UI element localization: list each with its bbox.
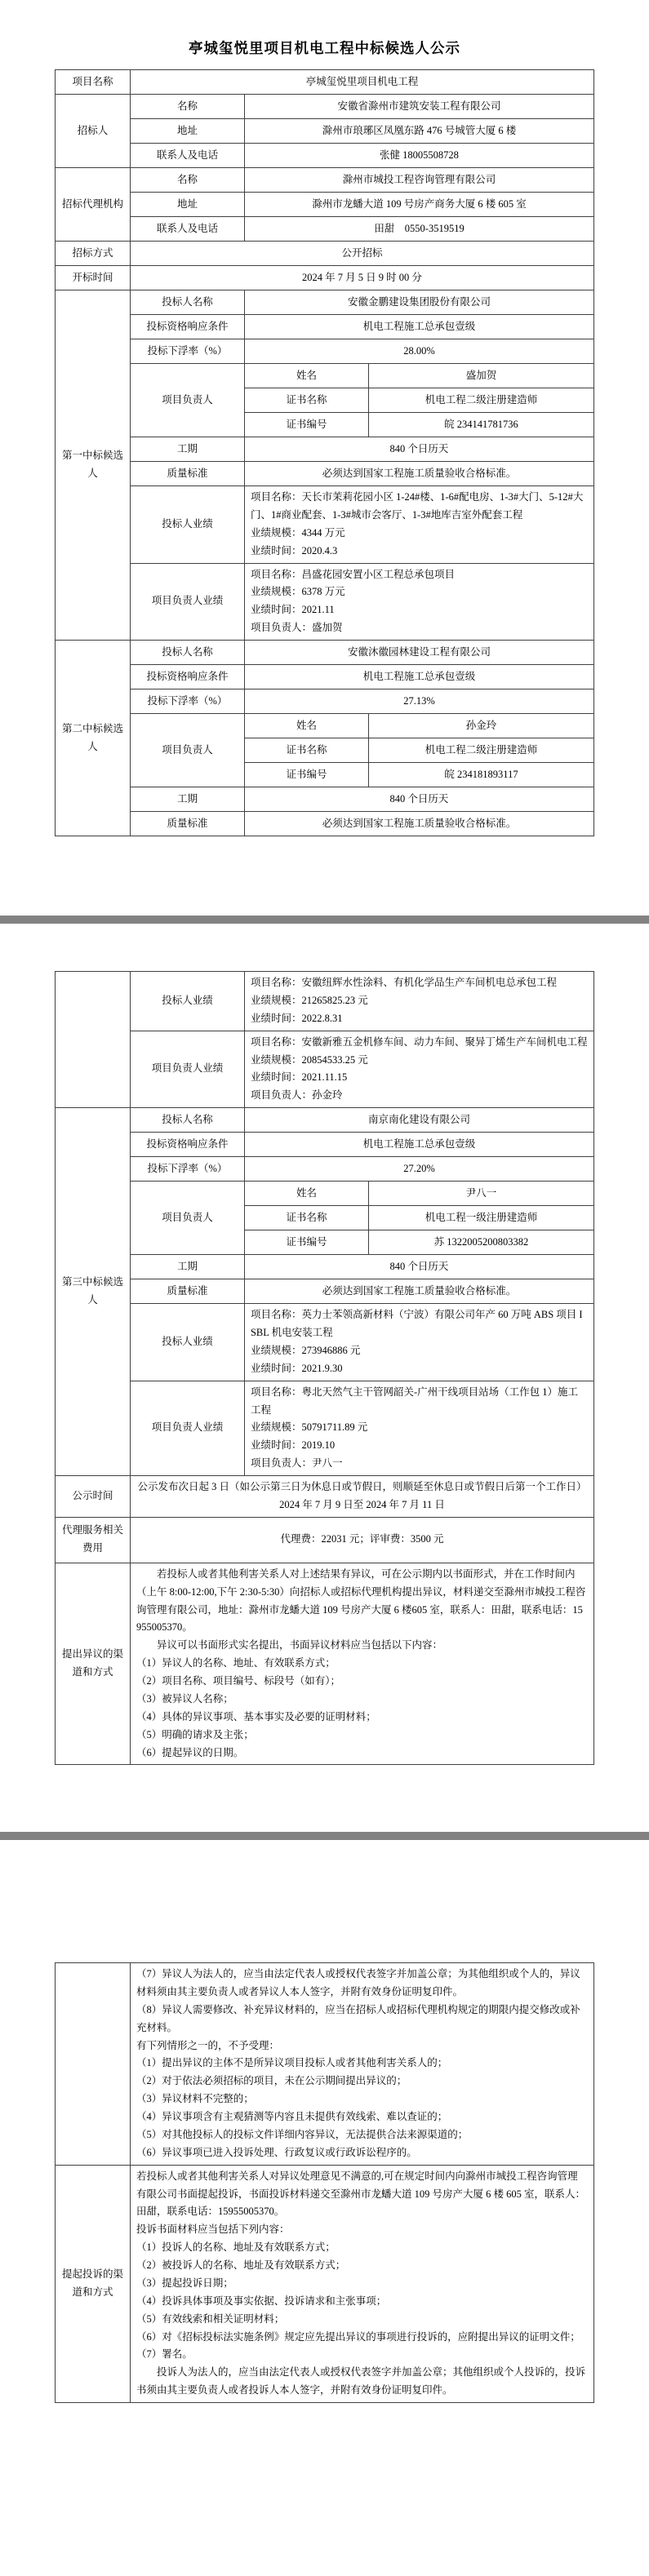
c2-pm-perf-label: 项目负责人业绩 bbox=[130, 1031, 244, 1108]
row-tenderee-name: 招标人 名称 安徽省滁州市建筑安装工程有限公司 bbox=[55, 95, 593, 119]
c1-qual-value: 机电工程施工总承包壹级 bbox=[244, 315, 593, 339]
row-tenderee-contact: 联系人及电话 张健 18005508728 bbox=[55, 144, 593, 168]
row-project-name: 项目名称 亭城玺悦里项目机电工程 bbox=[55, 70, 593, 95]
objection-label-continued bbox=[55, 1963, 130, 2166]
objection-label: 提出异议的渠道和方式 bbox=[55, 1563, 130, 1765]
c3-cert-name-value: 机电工程一级注册建造师 bbox=[368, 1206, 593, 1230]
method-label: 招标方式 bbox=[55, 242, 130, 266]
row-c1-pm-perf: 项目负责人业绩 项目名称：昌盛花园安置小区工程总承包项目 业绩规模：6378 万… bbox=[55, 563, 593, 641]
c1-rate-value: 28.00% bbox=[244, 339, 593, 364]
method-value: 公开招标 bbox=[130, 242, 593, 266]
announcement-table-page2: 投标人业绩 项目名称：安徽纽辉水性涂料、有机化学品生产车间机电总承包工程 业绩规… bbox=[55, 971, 594, 1765]
tenderee-name-label: 名称 bbox=[130, 95, 244, 119]
c1-cert-no-label: 证书编号 bbox=[244, 413, 368, 437]
row-method: 招标方式 公开招标 bbox=[55, 242, 593, 266]
c2-quality-label: 质量标准 bbox=[130, 812, 244, 836]
row-complaint: 提起投诉的渠道和方式 若投标人或者其他利害关系人对异议处理意见不满意的,可在规定… bbox=[55, 2165, 593, 2402]
c1-quality-label: 质量标准 bbox=[130, 462, 244, 486]
c1-duration-value: 840 个日历天 bbox=[244, 437, 593, 462]
row-c2-bidder-perf: 投标人业绩 项目名称：安徽纽辉水性涂料、有机化学品生产车间机电总承包工程 业绩规… bbox=[55, 972, 593, 1031]
row-c3-bidder-perf: 投标人业绩 项目名称：英力士苯领高新材料（宁波）有限公司年产 60 万吨 ABS… bbox=[55, 1304, 593, 1381]
page-separator-2 bbox=[0, 1832, 649, 1840]
row-c3-quality: 质量标准 必须达到国家工程施工质量验收合格标准。 bbox=[55, 1279, 593, 1304]
announcement-table-page1: 项目名称 亭城玺悦里项目机电工程 招标人 名称 安徽省滁州市建筑安装工程有限公司… bbox=[55, 69, 594, 836]
objection-text-part2: （7）异议人为法人的，应当由法定代表人或授权代表签字并加盖公章；为其他组织或个人… bbox=[130, 1963, 593, 2166]
page-3: （7）异议人为法人的，应当由法定代表人或授权代表签字并加盖公章；为其他组织或个人… bbox=[0, 1840, 649, 2576]
fee-label: 代理服务相关费用 bbox=[55, 1517, 130, 1563]
c3-qual-value: 机电工程施工总承包壹级 bbox=[244, 1133, 593, 1157]
c3-bidder-perf-value: 项目名称：英力士苯领高新材料（宁波）有限公司年产 60 万吨 ABS 项目 IS… bbox=[244, 1304, 593, 1381]
c2-bidder-value: 安徽沐徽园林建设工程有限公司 bbox=[244, 641, 593, 665]
candidate3-label: 第三中标候选人 bbox=[55, 1108, 130, 1476]
c1-pm-perf-value: 项目名称：昌盛花园安置小区工程总承包项目 业绩规模：6378 万元 业绩时间：2… bbox=[244, 563, 593, 641]
c2-cert-name-value: 机电工程二级注册建造师 bbox=[368, 738, 593, 763]
c3-pm-perf-value: 项目名称：粤北天然气主干管网韶关-广州干线项目站场（工作包 1）施工工程 业绩规… bbox=[244, 1381, 593, 1475]
row-c1-bidder: 第一中标候选人 投标人名称 安徽金鹏建设集团股份有限公司 bbox=[55, 290, 593, 315]
c3-cert-no-label: 证书编号 bbox=[244, 1230, 368, 1255]
c2-qual-value: 机电工程施工总承包壹级 bbox=[244, 665, 593, 689]
open-time-label: 开标时间 bbox=[55, 266, 130, 290]
c2-cert-name-label: 证书名称 bbox=[244, 738, 368, 763]
row-publicity: 公示时间 公示发布次日起 3 日（如公示第三日为休息日或节假日，则顺延至休息日或… bbox=[55, 1476, 593, 1518]
doc-title: 亭城玺悦里项目机电工程中标候选人公示 bbox=[0, 38, 649, 58]
row-fee: 代理服务相关费用 代理费：22031 元；评审费：3500 元 bbox=[55, 1517, 593, 1563]
candidate2-label-continued bbox=[55, 972, 130, 1108]
c2-qual-label: 投标资格响应条件 bbox=[130, 665, 244, 689]
c2-rate-label: 投标下浮率（%） bbox=[130, 689, 244, 714]
announcement-table-page3: （7）异议人为法人的，应当由法定代表人或授权代表签字并加盖公章；为其他组织或个人… bbox=[55, 1962, 594, 2403]
c3-cert-name-label: 证书名称 bbox=[244, 1206, 368, 1230]
open-time-value: 2024 年 7 月 5 日 9 时 00 分 bbox=[130, 266, 593, 290]
agency-addr-value: 滁州市龙蟠大道 109 号房产商务大厦 6 楼 605 室 bbox=[244, 193, 593, 217]
c1-bidder-label: 投标人名称 bbox=[130, 290, 244, 315]
candidate2-label: 第二中标候选人 bbox=[55, 641, 130, 836]
row-c1-rate: 投标下浮率（%） 28.00% bbox=[55, 339, 593, 364]
row-c1-quality: 质量标准 必须达到国家工程施工质量验收合格标准。 bbox=[55, 462, 593, 486]
row-c3-qual: 投标资格响应条件 机电工程施工总承包壹级 bbox=[55, 1133, 593, 1157]
row-tenderee-addr: 地址 滁州市琅琊区凤凰东路 476 号城管大厦 6 楼 bbox=[55, 119, 593, 144]
c3-cert-no-value: 苏 1322005200803382 bbox=[368, 1230, 593, 1255]
c3-duration-label: 工期 bbox=[130, 1255, 244, 1279]
row-c3-duration: 工期 840 个日历天 bbox=[55, 1255, 593, 1279]
project-name-label: 项目名称 bbox=[55, 70, 130, 95]
c1-cert-name-label: 证书名称 bbox=[244, 388, 368, 413]
c2-duration-value: 840 个日历天 bbox=[244, 787, 593, 812]
row-c2-pm-name: 项目负责人 姓名 孙金玲 bbox=[55, 714, 593, 738]
tenderee-label: 招标人 bbox=[55, 95, 130, 168]
c1-cert-no-value: 皖 234141781736 bbox=[368, 413, 593, 437]
c3-quality-value: 必须达到国家工程施工质量验收合格标准。 bbox=[244, 1279, 593, 1304]
c3-pm-perf-label: 项目负责人业绩 bbox=[130, 1381, 244, 1475]
c2-pm-name-label: 姓名 bbox=[244, 714, 368, 738]
row-c1-pm-name: 项目负责人 姓名 盛加贺 bbox=[55, 364, 593, 388]
row-c2-qual: 投标资格响应条件 机电工程施工总承包壹级 bbox=[55, 665, 593, 689]
tenderee-contact-value: 张健 18005508728 bbox=[244, 144, 593, 168]
c1-duration-label: 工期 bbox=[130, 437, 244, 462]
c2-duration-label: 工期 bbox=[130, 787, 244, 812]
fee-value: 代理费：22031 元；评审费：3500 元 bbox=[130, 1517, 593, 1563]
c3-rate-label: 投标下浮率（%） bbox=[130, 1157, 244, 1182]
page-2: 投标人业绩 项目名称：安徽纽辉水性涂料、有机化学品生产车间机电总承包工程 业绩规… bbox=[0, 924, 649, 1832]
c1-pm-perf-label: 项目负责人业绩 bbox=[130, 563, 244, 641]
row-c2-pm-perf: 项目负责人业绩 项目名称：安徽新雅五金机修车间、动力车间、聚异丁烯生产车间机电工… bbox=[55, 1031, 593, 1108]
row-agency-contact: 联系人及电话 田甜 0550-3519519 bbox=[55, 217, 593, 242]
page-separator-1 bbox=[0, 916, 649, 924]
c3-pm-label: 项目负责人 bbox=[130, 1182, 244, 1255]
c2-rate-value: 27.13% bbox=[244, 689, 593, 714]
objection-text-part1: 若投标人或者其他利害关系人对上述结果有异议，可在公示期内以书面形式，并在工作时间… bbox=[130, 1563, 593, 1765]
c3-qual-label: 投标资格响应条件 bbox=[130, 1133, 244, 1157]
c3-duration-value: 840 个日历天 bbox=[244, 1255, 593, 1279]
row-c3-rate: 投标下浮率（%） 27.20% bbox=[55, 1157, 593, 1182]
complaint-label: 提起投诉的渠道和方式 bbox=[55, 2165, 130, 2402]
publicity-value: 公示发布次日起 3 日（如公示第三日为休息日或节假日，则顺延至休息日或节假日后第… bbox=[130, 1476, 593, 1518]
c2-bidder-perf-label: 投标人业绩 bbox=[130, 972, 244, 1031]
c3-bidder-value: 南京南化建设有限公司 bbox=[244, 1108, 593, 1133]
publicity-label: 公示时间 bbox=[55, 1476, 130, 1518]
c3-quality-label: 质量标准 bbox=[130, 1279, 244, 1304]
tenderee-contact-label: 联系人及电话 bbox=[130, 144, 244, 168]
c1-pm-name-label: 姓名 bbox=[244, 364, 368, 388]
c1-bidder-perf-label: 投标人业绩 bbox=[130, 486, 244, 564]
row-c3-pm-perf: 项目负责人业绩 项目名称：粤北天然气主干管网韶关-广州干线项目站场（工作包 1）… bbox=[55, 1381, 593, 1475]
c1-bidder-perf-value: 项目名称：天长市茉莉花园小区 1-24#楼、1-6#配电房、1-3#大门、5-1… bbox=[244, 486, 593, 564]
tenderee-addr-label: 地址 bbox=[130, 119, 244, 144]
c3-pm-name-value: 尹八一 bbox=[368, 1182, 593, 1206]
row-c3-bidder: 第三中标候选人 投标人名称 南京南化建设有限公司 bbox=[55, 1108, 593, 1133]
row-c1-qual: 投标资格响应条件 机电工程施工总承包壹级 bbox=[55, 315, 593, 339]
c3-bidder-label: 投标人名称 bbox=[130, 1108, 244, 1133]
c2-pm-label: 项目负责人 bbox=[130, 714, 244, 787]
row-c1-duration: 工期 840 个日历天 bbox=[55, 437, 593, 462]
c2-bidder-perf-value: 项目名称：安徽纽辉水性涂料、有机化学品生产车间机电总承包工程 业绩规模：2126… bbox=[244, 972, 593, 1031]
row-c2-quality: 质量标准 必须达到国家工程施工质量验收合格标准。 bbox=[55, 812, 593, 836]
project-name-value: 亭城玺悦里项目机电工程 bbox=[130, 70, 593, 95]
c2-bidder-label: 投标人名称 bbox=[130, 641, 244, 665]
row-agency-name: 招标代理机构 名称 滁州市城投工程咨询管理有限公司 bbox=[55, 168, 593, 193]
c2-pm-perf-value: 项目名称：安徽新雅五金机修车间、动力车间、聚异丁烯生产车间机电工程 业绩规模：2… bbox=[244, 1031, 593, 1108]
agency-label: 招标代理机构 bbox=[55, 168, 130, 242]
tenderee-name-value: 安徽省滁州市建筑安装工程有限公司 bbox=[244, 95, 593, 119]
c3-bidder-perf-label: 投标人业绩 bbox=[130, 1304, 244, 1381]
c3-pm-name-label: 姓名 bbox=[244, 1182, 368, 1206]
c1-pm-label: 项目负责人 bbox=[130, 364, 244, 437]
row-agency-addr: 地址 滁州市龙蟠大道 109 号房产商务大厦 6 楼 605 室 bbox=[55, 193, 593, 217]
row-objection-part1: 提出异议的渠道和方式 若投标人或者其他利害关系人对上述结果有异议，可在公示期内以… bbox=[55, 1563, 593, 1765]
candidate1-label: 第一中标候选人 bbox=[55, 290, 130, 641]
page-1: 亭城玺悦里项目机电工程中标候选人公示 项目名称 亭城玺悦里项目机电工程 招标人 … bbox=[0, 0, 649, 916]
agency-addr-label: 地址 bbox=[130, 193, 244, 217]
c2-cert-no-value: 皖 234181893117 bbox=[368, 763, 593, 787]
row-c3-pm-name: 项目负责人 姓名 尹八一 bbox=[55, 1182, 593, 1206]
c1-rate-label: 投标下浮率（%） bbox=[130, 339, 244, 364]
agency-name-value: 滁州市城投工程咨询管理有限公司 bbox=[244, 168, 593, 193]
tenderee-addr-value: 滁州市琅琊区凤凰东路 476 号城管大厦 6 楼 bbox=[244, 119, 593, 144]
row-c2-duration: 工期 840 个日历天 bbox=[55, 787, 593, 812]
c1-bidder-value: 安徽金鹏建设集团股份有限公司 bbox=[244, 290, 593, 315]
row-c2-bidder: 第二中标候选人 投标人名称 安徽沐徽园林建设工程有限公司 bbox=[55, 641, 593, 665]
c1-quality-value: 必须达到国家工程施工质量验收合格标准。 bbox=[244, 462, 593, 486]
c1-cert-name-value: 机电工程二级注册建造师 bbox=[368, 388, 593, 413]
row-c2-rate: 投标下浮率（%） 27.13% bbox=[55, 689, 593, 714]
complaint-text: 若投标人或者其他利害关系人对异议处理意见不满意的,可在规定时间内向滁州市城投工程… bbox=[130, 2165, 593, 2402]
c2-pm-name-value: 孙金玲 bbox=[368, 714, 593, 738]
row-objection-part2: （7）异议人为法人的，应当由法定代表人或授权代表签字并加盖公章；为其他组织或个人… bbox=[55, 1963, 593, 2166]
c1-pm-name-value: 盛加贺 bbox=[368, 364, 593, 388]
agency-contact-value: 田甜 0550-3519519 bbox=[244, 217, 593, 242]
c3-rate-value: 27.20% bbox=[244, 1157, 593, 1182]
c1-qual-label: 投标资格响应条件 bbox=[130, 315, 244, 339]
row-c1-bidder-perf: 投标人业绩 项目名称：天长市茉莉花园小区 1-24#楼、1-6#配电房、1-3#… bbox=[55, 486, 593, 564]
agency-contact-label: 联系人及电话 bbox=[130, 217, 244, 242]
row-open-time: 开标时间 2024 年 7 月 5 日 9 时 00 分 bbox=[55, 266, 593, 290]
c2-cert-no-label: 证书编号 bbox=[244, 763, 368, 787]
c2-quality-value: 必须达到国家工程施工质量验收合格标准。 bbox=[244, 812, 593, 836]
agency-name-label: 名称 bbox=[130, 168, 244, 193]
